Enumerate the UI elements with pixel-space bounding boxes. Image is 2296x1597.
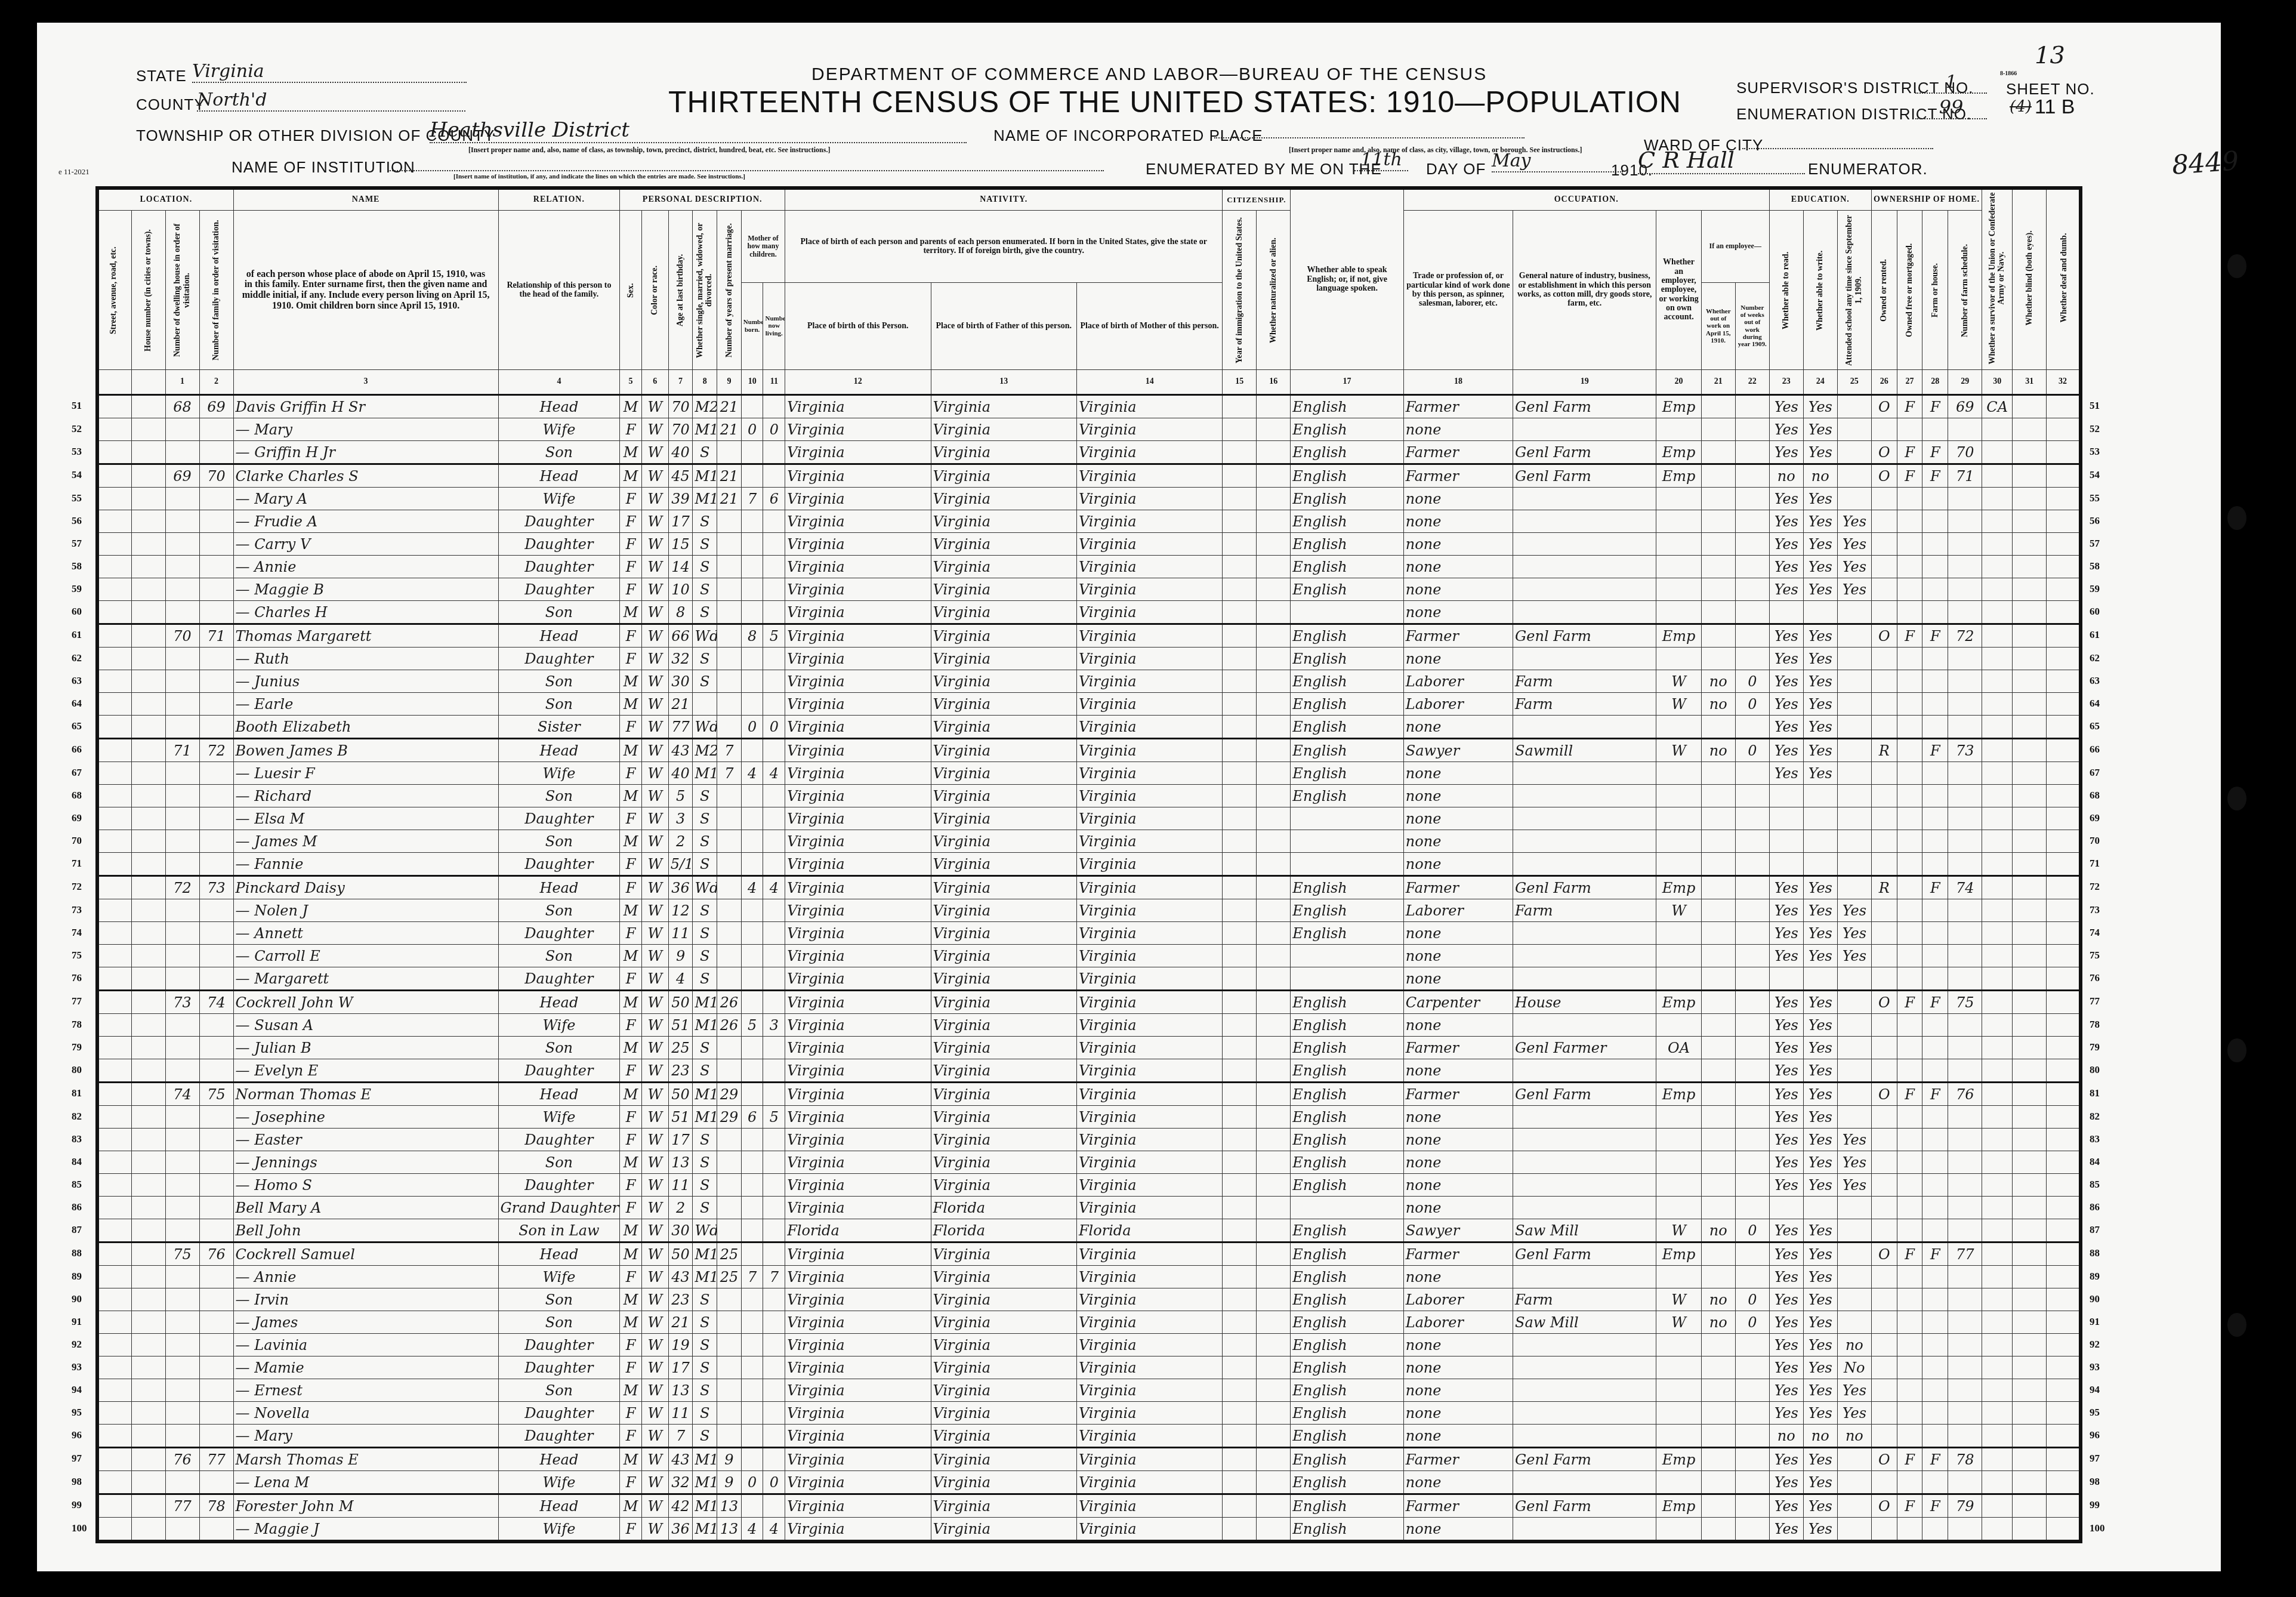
sheet-suffix: 11 B — [2035, 95, 2075, 119]
out-of-work-cell — [1701, 1083, 1735, 1106]
race-cell: W — [641, 1059, 668, 1083]
mother-birthplace-cell: Virginia — [1076, 1243, 1222, 1266]
immigration-cell — [1223, 1494, 1257, 1518]
farm-house-cell — [1922, 853, 1948, 876]
mother-birthplace-cell: Virginia — [1076, 1311, 1222, 1334]
census-row: — Nolen JSonMW12SVirginiaVirginiaVirgini… — [97, 899, 2081, 922]
age-cell: 11 — [668, 1174, 693, 1197]
father-birthplace-cell: Virginia — [931, 1129, 1076, 1151]
census-row: — Maggie JWifeFW36M11344VirginiaVirginia… — [97, 1518, 2081, 1542]
children-living-cell — [763, 1379, 785, 1402]
farm-schedule-cell — [1948, 533, 1982, 556]
mother-birthplace-cell: Virginia — [1076, 1059, 1222, 1083]
column-number: 32 — [2047, 370, 2081, 395]
deaf-cell — [2047, 648, 2081, 670]
years-married-cell: 7 — [717, 739, 742, 762]
blind-cell — [2013, 648, 2047, 670]
owned-rented-cell: O — [1871, 624, 1897, 648]
years-married-cell — [717, 1425, 742, 1448]
naturalized-cell — [1257, 1311, 1291, 1334]
immigration-cell — [1223, 1288, 1257, 1311]
owned-rented-cell — [1871, 1471, 1897, 1494]
school-cell — [1837, 1083, 1871, 1106]
mother-birthplace-cell: Virginia — [1076, 1448, 1222, 1471]
write-cell — [1803, 830, 1837, 853]
write-cell: Yes — [1803, 762, 1837, 785]
family-cell — [199, 648, 233, 670]
industry-cell — [1513, 1129, 1656, 1151]
age-cell: 23 — [668, 1288, 693, 1311]
weeks-out-cell — [1735, 1334, 1769, 1356]
language-cell: English — [1291, 510, 1403, 533]
employer-cell — [1656, 1425, 1701, 1448]
line-number: 88 — [2090, 1247, 2100, 1259]
farm-schedule-cell: 73 — [1948, 739, 1982, 762]
read-cell: Yes — [1769, 1518, 1803, 1542]
children-born-cell: 4 — [741, 1518, 763, 1542]
relation-cell: Daughter — [498, 1402, 620, 1425]
farm-house-cell: F — [1922, 464, 1948, 488]
marital-cell: S — [693, 1059, 717, 1083]
margin-stamp: 8449 — [2171, 146, 2239, 181]
marital-cell: M1 — [693, 1014, 717, 1037]
census-row: — LaviniaDaughterFW19SVirginiaVirginiaVi… — [97, 1334, 2081, 1356]
school-cell — [1837, 762, 1871, 785]
weeks-out-cell — [1735, 441, 1769, 464]
family-cell: 72 — [199, 739, 233, 762]
age-cell: 25 — [668, 1037, 693, 1059]
immigration-cell — [1223, 1518, 1257, 1542]
employer-cell — [1656, 1356, 1701, 1379]
farm-schedule-cell — [1948, 1266, 1982, 1288]
census-title: THIRTEENTH CENSUS OF THE UNITED STATES: … — [668, 85, 1681, 119]
age-cell: 19 — [668, 1334, 693, 1356]
line-number: 56 — [2090, 515, 2100, 527]
veteran-cell — [1982, 1494, 2013, 1518]
owned-rented-cell: O — [1871, 1243, 1897, 1266]
out-of-work-cell — [1701, 556, 1735, 578]
immigration-cell — [1223, 1059, 1257, 1083]
read-cell: Yes — [1769, 1243, 1803, 1266]
blind-cell — [2013, 693, 2047, 716]
line-number: 91 — [2090, 1316, 2100, 1328]
deaf-cell — [2047, 1106, 2081, 1129]
industry-cell: Genl Farm — [1513, 1494, 1656, 1518]
street-cell — [97, 624, 131, 648]
veteran-cell — [1982, 807, 2013, 830]
industry-cell: Genl Farm — [1513, 395, 1656, 418]
line-number: 55 — [2090, 492, 2100, 504]
blind-cell — [2013, 1106, 2047, 1129]
age-cell: 17 — [668, 510, 693, 533]
birthplace-cell: Virginia — [785, 418, 931, 441]
age-cell: 36 — [668, 876, 693, 899]
marital-cell: S — [693, 648, 717, 670]
farm-schedule-cell — [1948, 1311, 1982, 1334]
family-cell — [199, 1356, 233, 1379]
race-cell: W — [641, 762, 668, 785]
sex-cell: M — [620, 395, 642, 418]
trade-cell: none — [1403, 1334, 1513, 1356]
family-cell — [199, 533, 233, 556]
naturalized-cell — [1257, 1151, 1291, 1174]
immigration-cell — [1223, 945, 1257, 967]
marital-cell: M1 — [693, 418, 717, 441]
years-married-cell: 21 — [717, 464, 742, 488]
school-cell: Yes — [1837, 556, 1871, 578]
children-born-cell: 0 — [741, 1471, 763, 1494]
sex-cell: F — [620, 648, 642, 670]
sex-cell: F — [620, 1014, 642, 1037]
immigration-cell — [1223, 1083, 1257, 1106]
read-cell — [1769, 830, 1803, 853]
sex-cell: M — [620, 1243, 642, 1266]
deaf-cell — [2047, 807, 2081, 830]
column-number: 4 — [498, 370, 620, 395]
incorporated-value — [1214, 137, 1525, 138]
relation-cell: Sister — [498, 716, 620, 739]
school-cell — [1837, 1471, 1871, 1494]
children-born-cell: 5 — [741, 1014, 763, 1037]
census-row: — IrvinSonMW23SVirginiaVirginiaVirginiaE… — [97, 1288, 2081, 1311]
trade-cell: Farmer — [1403, 876, 1513, 899]
read-cell: Yes — [1769, 510, 1803, 533]
owned-rented-cell — [1871, 830, 1897, 853]
deaf-cell — [2047, 556, 2081, 578]
marital-cell: S — [693, 578, 717, 601]
house-number-cell — [131, 967, 165, 991]
write-cell — [1803, 1197, 1837, 1219]
language-cell: English — [1291, 1219, 1403, 1243]
weeks-out-cell — [1735, 578, 1769, 601]
father-birthplace-cell: Virginia — [931, 1059, 1076, 1083]
line-number: 70 — [2090, 835, 2100, 847]
name-cell: — Susan A — [233, 1014, 498, 1037]
marital-cell: S — [693, 533, 717, 556]
group-relation: RELATION. — [498, 188, 620, 211]
age-cell: 5 — [668, 785, 693, 807]
mother-birthplace-cell: Virginia — [1076, 1334, 1222, 1356]
sex-cell: F — [620, 876, 642, 899]
family-cell — [199, 1266, 233, 1288]
trade-cell: none — [1403, 785, 1513, 807]
employer-cell — [1656, 488, 1701, 510]
house-number-cell — [131, 1014, 165, 1037]
farm-house-cell — [1922, 716, 1948, 739]
census-row: — FannieDaughterFW5/12SVirginiaVirginiaV… — [97, 853, 2081, 876]
street-cell — [97, 1059, 131, 1083]
sex-cell: M — [620, 830, 642, 853]
county-value: North'd — [197, 90, 465, 112]
language-cell: English — [1291, 1518, 1403, 1542]
write-cell: Yes — [1803, 1471, 1837, 1494]
employer-cell — [1656, 807, 1701, 830]
out-of-work-cell — [1701, 1059, 1735, 1083]
dwelling-cell: 68 — [165, 395, 199, 418]
house-number-cell — [131, 1197, 165, 1219]
marital-cell: S — [693, 1288, 717, 1311]
street-cell — [97, 601, 131, 624]
relation-cell: Head — [498, 1083, 620, 1106]
years-married-cell: 13 — [717, 1494, 742, 1518]
father-birthplace-cell: Virginia — [931, 693, 1076, 716]
language-cell: English — [1291, 441, 1403, 464]
race-cell: W — [641, 533, 668, 556]
dwelling-cell: 73 — [165, 991, 199, 1014]
mother-birthplace-cell: Virginia — [1076, 1425, 1222, 1448]
age-cell: 13 — [668, 1379, 693, 1402]
family-cell — [199, 1174, 233, 1197]
house-number-cell — [131, 785, 165, 807]
veteran-cell — [1982, 876, 2013, 899]
name-cell: — Ernest — [233, 1379, 498, 1402]
mother-birthplace-cell: Virginia — [1076, 945, 1222, 967]
name-cell: — Fannie — [233, 853, 498, 876]
line-number: 66 — [2090, 744, 2100, 756]
name-cell: Booth Elizabeth — [233, 716, 498, 739]
years-married-cell — [717, 922, 742, 945]
trade-cell: Laborer — [1403, 899, 1513, 922]
farm-schedule-cell — [1948, 1129, 1982, 1151]
age-cell: 17 — [668, 1129, 693, 1151]
race-cell: W — [641, 670, 668, 693]
father-birthplace-cell: Virginia — [931, 785, 1076, 807]
farm-schedule-cell — [1948, 670, 1982, 693]
naturalized-cell — [1257, 1402, 1291, 1425]
line-number-left: 61 — [72, 629, 82, 641]
industry-cell: Genl Farm — [1513, 1243, 1656, 1266]
farm-house-cell: F — [1922, 441, 1948, 464]
employer-cell: Emp — [1656, 1243, 1701, 1266]
census-row: — ErnestSonMW13SVirginiaVirginiaVirginia… — [97, 1379, 2081, 1402]
write-cell: Yes — [1803, 1106, 1837, 1129]
out-of-work-cell — [1701, 441, 1735, 464]
owned-rented-cell — [1871, 601, 1897, 624]
street-cell — [97, 1425, 131, 1448]
children-living-cell — [763, 1288, 785, 1311]
line-number: 94 — [2090, 1384, 2100, 1396]
blind-cell — [2013, 1402, 2047, 1425]
census-row: — Frudie ADaughterFW17SVirginiaVirginiaV… — [97, 510, 2081, 533]
line-number: 76 — [2090, 972, 2100, 984]
veteran-cell — [1982, 1219, 2013, 1243]
children-born-cell — [741, 1174, 763, 1197]
deaf-cell — [2047, 1379, 2081, 1402]
children-living-cell — [763, 601, 785, 624]
naturalized-cell — [1257, 693, 1291, 716]
write-cell: Yes — [1803, 648, 1837, 670]
weeks-out-cell — [1735, 853, 1769, 876]
sex-cell: M — [620, 945, 642, 967]
sex-cell: M — [620, 991, 642, 1014]
birthplace-cell: Virginia — [785, 991, 931, 1014]
dwelling-cell — [165, 1379, 199, 1402]
weeks-out-cell — [1735, 395, 1769, 418]
out-of-work-cell — [1701, 1129, 1735, 1151]
write-cell: Yes — [1803, 945, 1837, 967]
line-number-left: 97 — [72, 1453, 82, 1465]
language-cell: English — [1291, 1311, 1403, 1334]
years-married-cell: 29 — [717, 1083, 742, 1106]
industry-cell — [1513, 1151, 1656, 1174]
header-family: Number of family in order of visitation. — [199, 211, 233, 370]
weeks-out-cell — [1735, 1151, 1769, 1174]
out-of-work-cell — [1701, 1471, 1735, 1494]
column-number: 20 — [1656, 370, 1701, 395]
birthplace-cell: Virginia — [785, 876, 931, 899]
industry-cell — [1513, 1174, 1656, 1197]
marital-cell: M2 — [693, 395, 717, 418]
group-education: EDUCATION. — [1769, 188, 1871, 211]
birthplace-cell: Virginia — [785, 1311, 931, 1334]
school-cell — [1837, 1494, 1871, 1518]
employer-cell — [1656, 1402, 1701, 1425]
name-cell: Forester John M — [233, 1494, 498, 1518]
dwelling-cell — [165, 716, 199, 739]
language-cell: English — [1291, 1106, 1403, 1129]
industry-cell — [1513, 1106, 1656, 1129]
trade-cell: none — [1403, 1266, 1513, 1288]
employer-cell — [1656, 1334, 1701, 1356]
name-cell: — Annie — [233, 1266, 498, 1288]
farm-house-cell: F — [1922, 395, 1948, 418]
free-mortgaged-cell — [1897, 1219, 1922, 1243]
children-living-cell — [763, 556, 785, 578]
sex-cell: F — [620, 1356, 642, 1379]
blind-cell — [2013, 1151, 2047, 1174]
deaf-cell — [2047, 533, 2081, 556]
blind-cell — [2013, 762, 2047, 785]
language-cell: English — [1291, 488, 1403, 510]
language-cell: English — [1291, 1059, 1403, 1083]
header-birth-mother: Place of birth of Mother of this person. — [1076, 283, 1222, 370]
census-row: — EarleSonMW21VirginiaVirginiaVirginiaEn… — [97, 693, 2081, 716]
dwelling-cell: 69 — [165, 464, 199, 488]
sex-cell: F — [620, 1059, 642, 1083]
employer-cell — [1656, 578, 1701, 601]
age-cell: 10 — [668, 578, 693, 601]
birthplace-cell: Virginia — [785, 922, 931, 945]
house-number-cell — [131, 739, 165, 762]
farm-schedule-cell — [1948, 601, 1982, 624]
marital-cell: S — [693, 945, 717, 967]
house-number-cell — [131, 510, 165, 533]
children-living-cell: 5 — [763, 1106, 785, 1129]
family-cell — [199, 1037, 233, 1059]
name-cell: — Easter — [233, 1129, 498, 1151]
children-born-cell — [741, 1379, 763, 1402]
language-cell: English — [1291, 1402, 1403, 1425]
line-number-left: 64 — [72, 698, 82, 710]
trade-cell: none — [1403, 533, 1513, 556]
mother-birthplace-cell: Virginia — [1076, 1471, 1222, 1494]
column-number: 15 — [1223, 370, 1257, 395]
marital-cell: S — [693, 1129, 717, 1151]
dwelling-cell — [165, 1266, 199, 1288]
dwelling-cell: 70 — [165, 624, 199, 648]
relation-cell: Daughter — [498, 1174, 620, 1197]
census-row: 6869Davis Griffin H SrHeadMW70M221Virgin… — [97, 395, 2081, 418]
mother-birthplace-cell: Virginia — [1076, 1197, 1222, 1219]
street-cell — [97, 945, 131, 967]
years-married-cell: 13 — [717, 1518, 742, 1542]
write-cell: Yes — [1803, 624, 1837, 648]
school-cell: No — [1837, 1356, 1871, 1379]
dwelling-cell — [165, 762, 199, 785]
father-birthplace-cell: Virginia — [931, 716, 1076, 739]
census-row: — Elsa MDaughterFW3SVirginiaVirginiaVirg… — [97, 807, 2081, 830]
farm-house-cell — [1922, 1059, 1948, 1083]
deaf-cell — [2047, 830, 2081, 853]
owned-rented-cell — [1871, 922, 1897, 945]
farm-house-cell — [1922, 922, 1948, 945]
free-mortgaged-cell — [1897, 1402, 1922, 1425]
veteran-cell — [1982, 418, 2013, 441]
children-living-cell — [763, 441, 785, 464]
relation-cell: Daughter — [498, 578, 620, 601]
line-number: 69 — [2090, 812, 2100, 824]
out-of-work-cell — [1701, 1014, 1735, 1037]
dwelling-cell — [165, 488, 199, 510]
street-cell — [97, 1106, 131, 1129]
free-mortgaged-cell — [1897, 1037, 1922, 1059]
deaf-cell — [2047, 1356, 2081, 1379]
birthplace-cell: Virginia — [785, 533, 931, 556]
group-occupation: OCCUPATION. — [1403, 188, 1769, 211]
children-born-cell — [741, 1288, 763, 1311]
census-row: — Charles HSonMW8SVirginiaVirginiaVirgin… — [97, 601, 2081, 624]
column-number: 6 — [641, 370, 668, 395]
family-cell — [199, 1106, 233, 1129]
line-number-left: 68 — [72, 790, 82, 801]
farm-house-cell — [1922, 556, 1948, 578]
trade-cell: none — [1403, 418, 1513, 441]
birthplace-cell: Virginia — [785, 1243, 931, 1266]
deaf-cell — [2047, 510, 2081, 533]
line-number-left: 66 — [72, 744, 82, 756]
farm-schedule-cell — [1948, 853, 1982, 876]
line-number: 98 — [2090, 1476, 2100, 1488]
race-cell: W — [641, 624, 668, 648]
race-cell: W — [641, 785, 668, 807]
children-living-cell — [763, 1356, 785, 1379]
industry-cell: Farm — [1513, 693, 1656, 716]
father-birthplace-cell: Virginia — [931, 418, 1076, 441]
trade-cell: none — [1403, 1356, 1513, 1379]
naturalized-cell — [1257, 441, 1291, 464]
house-number-cell — [131, 1311, 165, 1334]
out-of-work-cell — [1701, 1106, 1735, 1129]
weeks-out-cell: 0 — [1735, 1288, 1769, 1311]
school-cell: Yes — [1837, 899, 1871, 922]
out-of-work-cell — [1701, 488, 1735, 510]
industry-cell: Genl Farm — [1513, 441, 1656, 464]
language-cell: English — [1291, 716, 1403, 739]
language-cell: English — [1291, 533, 1403, 556]
street-cell — [97, 1037, 131, 1059]
race-cell: W — [641, 1334, 668, 1356]
father-birthplace-cell: Virginia — [931, 1356, 1076, 1379]
sex-cell: F — [620, 1266, 642, 1288]
children-living-cell: 4 — [763, 762, 785, 785]
employer-cell — [1656, 533, 1701, 556]
trade-cell: Farmer — [1403, 1448, 1513, 1471]
street-cell — [97, 853, 131, 876]
out-of-work-cell: no — [1701, 1288, 1735, 1311]
naturalized-cell — [1257, 464, 1291, 488]
industry-cell — [1513, 1379, 1656, 1402]
street-cell — [97, 1471, 131, 1494]
